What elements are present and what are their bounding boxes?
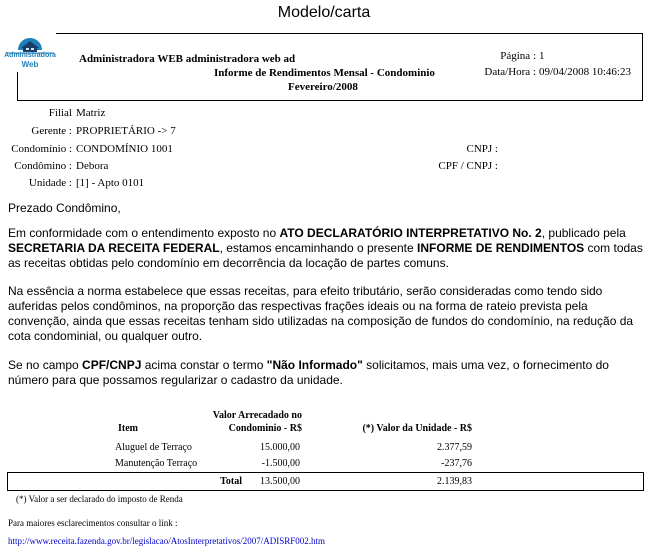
p3-text-1: Se no campo [8, 358, 82, 372]
footnote: (*) Valor a ser declarado do imposto de … [16, 494, 183, 504]
condominio-value: CONDOMÍNIO 1001 [76, 143, 173, 155]
report-title: Informe de Rendimentos Mensal - Condomin… [214, 67, 435, 79]
p1-bold-secretaria: SECRETARIA DA RECEITA FEDERAL [8, 241, 220, 255]
unidade-value: [1] - Apto 0101 [76, 177, 144, 189]
cnpj-label: CNPJ : [430, 143, 498, 155]
condominio-label: Condomínio : [2, 143, 72, 155]
p1-text-2: , publicado pela [542, 226, 626, 240]
datetime-label: Data/Hora : [460, 66, 536, 78]
p1-text-1: Em conformidade com o entendimento expos… [8, 226, 280, 240]
col-header-arrecadado-2: Condominio - R$ [190, 423, 302, 434]
page-title: Modelo/carta [0, 4, 648, 22]
p3-bold-nao-informado: "Não Informado" [267, 358, 363, 372]
filial-label: Filial [2, 107, 72, 119]
col-header-item: Item [118, 423, 138, 434]
p1-bold-ato: ATO DECLARATÓRIO INTERPRETATIVO No. 2 [280, 226, 542, 240]
p3-bold-cpf: CPF/CNPJ [82, 358, 141, 372]
unidade-label: Unidade : [2, 177, 72, 189]
total-unidade: 2.139,83 [320, 476, 472, 487]
receita-link[interactable]: http://www.receita.fazenda.gov.br/legisl… [8, 536, 325, 546]
letter-paragraph-2: Na essência a norma estabelece que essas… [8, 284, 644, 344]
p3-text-2: acima constar o termo [141, 358, 266, 372]
row-2-arrecadado: -1.500,00 [190, 458, 300, 469]
company-name: Administradora WEB administradora web ad [79, 53, 295, 65]
p1-text-3: , estamos encaminhando o presente [220, 241, 417, 255]
gerente-label: Gerente : [2, 125, 72, 137]
p1-bold-informe: INFORME DE RENDIMENTOS [417, 241, 584, 255]
company-logo: Administradora Web [4, 32, 56, 72]
filial-value: Matriz [76, 107, 105, 119]
letter-paragraph-3: Se no campo CPF/CNPJ acima constar o ter… [8, 358, 644, 388]
row-1-arrecadado: 15.000,00 [190, 442, 300, 453]
datetime-value: 09/04/2008 10:46:23 [539, 66, 631, 78]
gerente-value: PROPRIETÁRIO -> 7 [76, 125, 176, 137]
row-1-item: Aluguel de Terraço [115, 442, 192, 453]
page-number: 1 [539, 50, 545, 62]
letter-paragraph-1: Em conformidade com o entendimento expos… [8, 226, 644, 271]
page-label: Página : [478, 50, 536, 62]
row-2-unidade: -237,76 [320, 458, 472, 469]
total-arrecadado: 13.500,00 [190, 476, 300, 487]
condomino-value: Debora [76, 160, 108, 172]
logo-text-line2: Web [4, 60, 56, 69]
row-1-unidade: 2.377,59 [320, 442, 472, 453]
report-period: Fevereiro/2008 [288, 81, 358, 93]
more-info-text: Para maiores esclarecimentos consultar o… [8, 518, 177, 528]
condomino-label: Condômino : [2, 160, 72, 172]
col-header-arrecadado-1: Valor Arrecadado no [190, 410, 302, 421]
letter-greeting: Prezado Condômino, [8, 201, 644, 216]
cpf-cnpj-label: CPF / CNPJ : [420, 160, 498, 172]
logo-text-line1: Administradora [4, 52, 56, 59]
col-header-unidade: (*) Valor da Unidade - R$ [320, 423, 472, 434]
row-2-item: Manutenção Terraço [115, 458, 197, 469]
